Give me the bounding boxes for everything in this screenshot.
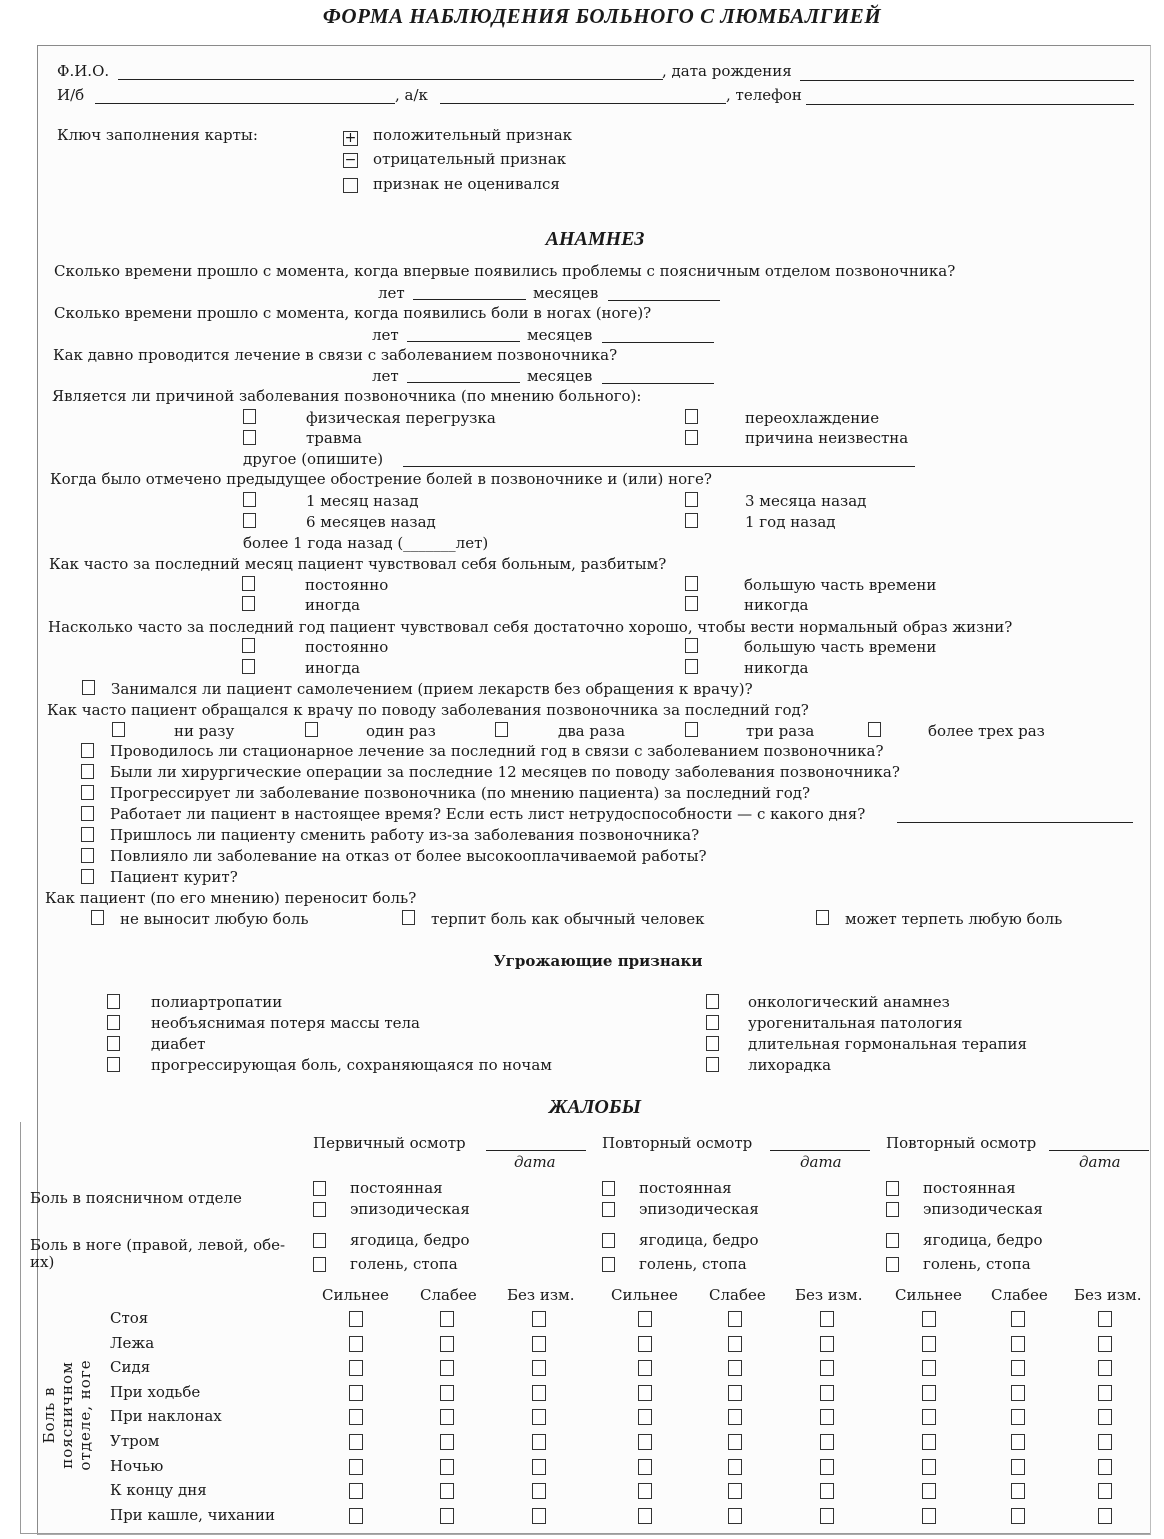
leg-hip-checkbox[interactable] [313,1233,326,1248]
condition-checkbox[interactable] [820,1409,834,1425]
q9-text: Как часто пациент обращался к врачу по п… [47,701,809,719]
q7-checkbox[interactable] [242,659,255,674]
q4-text: Является ли причиной заболевания позвоно… [52,387,641,405]
condition-checkbox[interactable] [349,1508,363,1524]
condition-checkbox[interactable] [440,1336,454,1352]
condition-checkbox[interactable] [638,1360,652,1376]
leg-shin-checkbox[interactable] [313,1257,326,1272]
condition-checkbox[interactable] [728,1459,742,1475]
condition-checkbox[interactable] [638,1336,652,1352]
form-title: ФОРМА НАБЛЮДЕНИЯ БОЛЬНОГО С ЛЮМБАЛГИЕЙ [0,4,1164,29]
condition-checkbox[interactable] [1011,1409,1025,1425]
q6-checkbox[interactable] [685,576,698,591]
condition-label: При кашле, чихании [110,1506,275,1524]
q4-option: физическая перегрузка [306,409,496,427]
q10-option: может терпеть любую боль [845,910,1062,928]
ak-field[interactable] [440,103,726,104]
months-label: месяцев [527,326,592,344]
condition-checkbox[interactable] [922,1311,936,1327]
condition-label: Стоя [110,1309,148,1327]
condition-checkbox[interactable] [532,1360,546,1376]
condition-checkbox[interactable] [532,1409,546,1425]
exam-label: Повторный осмотр [602,1134,752,1152]
condition-checkbox[interactable] [728,1360,742,1376]
yes-no-question: Работает ли пациент в настоящее время? Е… [110,805,865,823]
condition-checkbox[interactable] [728,1434,742,1450]
lumbar-episodic-checkbox[interactable] [313,1202,326,1217]
condition-label: Ночью [110,1457,163,1475]
condition-checkbox[interactable] [820,1434,834,1450]
threat-checkbox[interactable] [706,1057,719,1072]
threats-heading: Угрожающие признаки [0,952,1164,970]
date-label: дата [1079,1153,1121,1171]
condition-checkbox[interactable] [820,1483,834,1499]
leg-option: ягодица, бедро [639,1231,759,1249]
q7-option: иногда [305,659,360,677]
birth-label: , дата рождения [662,62,792,80]
condition-checkbox[interactable] [922,1360,936,1376]
q6-text: Как часто за последний месяц пациент чув… [49,555,666,573]
condition-checkbox[interactable] [349,1360,363,1376]
condition-checkbox[interactable] [440,1483,454,1499]
sick-leave-date-field[interactable] [897,822,1133,823]
q4-option: травма [306,429,362,447]
condition-checkbox[interactable] [820,1336,834,1352]
q5-checkbox[interactable] [243,513,256,528]
threat-checkbox[interactable] [706,1036,719,1051]
empty-box-icon [343,178,358,193]
condition-checkbox[interactable] [728,1385,742,1401]
q9-checkbox[interactable] [305,722,318,737]
q5-more-field[interactable]: более 1 года назад (_______лет) [243,534,488,552]
exam-label: Повторный осмотр [886,1134,1036,1152]
q10-checkbox[interactable] [402,910,415,925]
threat-item: полиартропатии [151,993,282,1011]
threat-checkbox[interactable] [107,994,120,1009]
q4-checkbox[interactable] [685,409,698,424]
q6-checkbox[interactable] [242,596,255,611]
q6-checkbox[interactable] [685,596,698,611]
q7-option: большую часть времени [744,638,936,656]
q10-text: Как пациент (по его мнению) переносит бо… [45,889,416,907]
condition-checkbox[interactable] [1098,1459,1112,1475]
q4-checkbox[interactable] [243,409,256,424]
condition-checkbox[interactable] [349,1311,363,1327]
birthdate-field[interactable] [800,80,1134,81]
q7-checkbox[interactable] [685,659,698,674]
key-label: Ключ заполнения карты: [57,126,258,144]
exam-date-field[interactable] [770,1150,870,1151]
lumbar-option: эпизодическая [350,1200,470,1218]
column-header: Сильнее [322,1286,389,1304]
threat-item: диабет [151,1035,205,1053]
leg-option: ягодица, бедро [350,1231,470,1249]
condition-checkbox[interactable] [922,1434,936,1450]
q7-checkbox[interactable] [242,638,255,653]
condition-checkbox[interactable] [349,1336,363,1352]
column-header: Сильнее [611,1286,678,1304]
q1-years-field[interactable] [413,299,526,300]
yes-no-question: Пациент курит? [110,868,238,886]
q1-months-field[interactable] [608,300,720,301]
condition-label: Сидя [110,1358,150,1376]
lumbar-pain-label: Боль в поясничном отделе [30,1189,242,1207]
yes-no-checkbox[interactable] [81,764,94,779]
q6-option: никогда [744,596,808,614]
condition-checkbox[interactable] [820,1508,834,1524]
column-header: Без изм. [507,1286,574,1304]
plus-box-icon: + [343,131,358,146]
anamnesis-heading: АНАМНЕЗ [0,228,1164,251]
q1-text: Сколько времени прошло с момента, когда … [54,262,955,280]
yes-no-checkbox[interactable] [81,806,94,821]
q4-other-field[interactable] [403,466,915,467]
condition-checkbox[interactable] [638,1385,652,1401]
leg-pain-label: Боль в ноге (правой, левой, обе- [30,1236,285,1254]
q8-text: Занимался ли пациент самолечением (прием… [111,680,753,698]
condition-checkbox[interactable] [638,1508,652,1524]
leg-pain-label-cont: их) [30,1253,54,1271]
condition-checkbox[interactable] [1011,1360,1025,1376]
q4-option: переохлаждение [745,409,879,427]
condition-checkbox[interactable] [1011,1459,1025,1475]
q2-months-field[interactable] [602,342,714,343]
exam-label: Первичный осмотр [313,1134,466,1152]
date-label: дата [514,1153,556,1171]
condition-checkbox[interactable] [728,1409,742,1425]
condition-checkbox[interactable] [1098,1409,1112,1425]
condition-checkbox[interactable] [922,1483,936,1499]
condition-checkbox[interactable] [922,1409,936,1425]
leg-option: голень, стопа [923,1255,1031,1273]
lumbar-constant-checkbox[interactable] [886,1181,899,1196]
condition-checkbox[interactable] [638,1409,652,1425]
condition-checkbox[interactable] [440,1385,454,1401]
condition-label: При ходьбе [110,1383,200,1401]
condition-checkbox[interactable] [638,1459,652,1475]
leg-shin-checkbox[interactable] [886,1257,899,1272]
condition-checkbox[interactable] [1098,1508,1112,1524]
column-header: Сильнее [895,1286,962,1304]
threat-checkbox[interactable] [706,994,719,1009]
condition-checkbox[interactable] [638,1483,652,1499]
threat-item: лихорадка [748,1056,831,1074]
threat-checkbox[interactable] [706,1015,719,1030]
threat-checkbox[interactable] [107,1015,120,1030]
threat-checkbox[interactable] [107,1057,120,1072]
condition-checkbox[interactable] [638,1311,652,1327]
lumbar-option: постоянная [350,1179,443,1197]
q5-option: 6 месяцев назад [306,513,436,531]
yes-no-question: Проводилось ли стационарное лечение за п… [110,742,884,760]
lumbar-episodic-checkbox[interactable] [602,1202,615,1217]
q9-option: более трех раз [928,722,1045,740]
lumbar-constant-checkbox[interactable] [313,1181,326,1196]
condition-label: К концу дня [110,1481,207,1499]
yes-no-checkbox[interactable] [81,827,94,842]
q7-checkbox[interactable] [685,638,698,653]
condition-checkbox[interactable] [1011,1483,1025,1499]
condition-label: Утром [110,1432,159,1450]
condition-checkbox[interactable] [1098,1483,1112,1499]
condition-checkbox[interactable] [532,1385,546,1401]
q3-text: Как давно проводится лечение в связи с з… [53,346,617,364]
phone-label: , телефон [726,86,802,104]
q10-checkbox[interactable] [816,910,829,925]
condition-checkbox[interactable] [532,1336,546,1352]
condition-checkbox[interactable] [1011,1385,1025,1401]
condition-checkbox[interactable] [349,1459,363,1475]
condition-checkbox[interactable] [638,1434,652,1450]
q5-checkbox[interactable] [243,492,256,507]
q2-text: Сколько времени прошло с момента, когда … [54,304,651,322]
q9-checkbox[interactable] [868,722,881,737]
condition-checkbox[interactable] [349,1483,363,1499]
q10-option: не выносит любую боль [120,910,309,928]
ib-field[interactable] [95,103,395,104]
ib-label: И/б [57,86,84,104]
complaints-heading: ЖАЛОБЫ [0,1096,1164,1119]
leg-hip-checkbox[interactable] [886,1233,899,1248]
condition-checkbox[interactable] [922,1385,936,1401]
q4-checkbox[interactable] [243,430,256,445]
column-header: Без изм. [795,1286,862,1304]
condition-checkbox[interactable] [532,1459,546,1475]
condition-checkbox[interactable] [1098,1385,1112,1401]
q5-option: 3 месяца назад [745,492,866,510]
condition-checkbox[interactable] [532,1508,546,1524]
date-label: дата [800,1153,842,1171]
threat-checkbox[interactable] [107,1036,120,1051]
q10-checkbox[interactable] [91,910,104,925]
threat-item: прогрессирующая боль, сохраняющаяся по н… [151,1056,552,1074]
condition-checkbox[interactable] [349,1434,363,1450]
q7-option: постоянно [305,638,388,656]
threat-item: необъяснимая потеря массы тела [151,1014,420,1032]
months-label: месяцев [527,367,592,385]
leg-hip-checkbox[interactable] [602,1233,615,1248]
condition-checkbox[interactable] [728,1508,742,1524]
column-header: Слабее [420,1286,477,1304]
q4-option: причина неизвестна [745,429,908,447]
condition-checkbox[interactable] [922,1336,936,1352]
fio-field[interactable] [118,79,663,80]
q4-checkbox[interactable] [685,430,698,445]
q3-years-field[interactable] [407,382,520,383]
condition-checkbox[interactable] [440,1409,454,1425]
condition-checkbox[interactable] [820,1459,834,1475]
condition-label: При наклонах [110,1407,222,1425]
condition-checkbox[interactable] [922,1459,936,1475]
column-header: Слабее [709,1286,766,1304]
q5-option: 1 месяц назад [306,492,418,510]
q5-option: 1 год назад [745,513,836,531]
q7-option: никогда [744,659,808,677]
yes-no-checkbox[interactable] [81,848,94,863]
lumbar-episodic-checkbox[interactable] [886,1202,899,1217]
column-header: Без изм. [1074,1286,1141,1304]
leg-option: голень, стопа [639,1255,747,1273]
key-negative: отрицательный признак [373,150,566,168]
condition-checkbox[interactable] [1098,1360,1112,1376]
q6-checkbox[interactable] [242,576,255,591]
leg-option: голень, стопа [350,1255,458,1273]
q9-option: три раза [746,722,814,740]
condition-checkbox[interactable] [440,1311,454,1327]
q8-checkbox[interactable] [82,680,95,695]
condition-checkbox[interactable] [532,1483,546,1499]
lumbar-option: эпизодическая [923,1200,1043,1218]
yes-no-checkbox[interactable] [81,743,94,758]
leg-option: ягодица, бедро [923,1231,1043,1249]
q4-other-label: другое (опишите) [243,450,383,468]
q5-checkbox[interactable] [685,492,698,507]
condition-checkbox[interactable] [728,1336,742,1352]
yes-no-question: Пришлось ли пациенту сменить работу из-з… [110,826,699,844]
q6-option: большую часть времени [744,576,936,594]
q9-checkbox[interactable] [112,722,125,737]
condition-label: Лежа [110,1334,154,1352]
q2-years-field[interactable] [407,341,520,342]
q9-option: ни разу [174,722,234,740]
threat-item: длительная гормональная терапия [748,1035,1027,1053]
lumbar-constant-checkbox[interactable] [602,1181,615,1196]
q6-option: иногда [305,596,360,614]
q3-months-field[interactable] [602,383,714,384]
condition-checkbox[interactable] [1011,1336,1025,1352]
years-label: лет [372,326,399,344]
condition-checkbox[interactable] [820,1360,834,1376]
q5-checkbox[interactable] [685,513,698,528]
condition-checkbox[interactable] [440,1508,454,1524]
q6-option: постоянно [305,576,388,594]
years-label: лет [378,284,405,302]
q9-option: два раза [558,722,625,740]
side-label: Боль в поясничном отделе, ноге [40,1330,94,1500]
q9-option: один раз [366,722,436,740]
key-not-rated: признак не оценивался [373,175,560,193]
condition-checkbox[interactable] [922,1508,936,1524]
minus-box-icon: − [343,153,358,168]
condition-checkbox[interactable] [440,1459,454,1475]
yes-no-checkbox[interactable] [81,785,94,800]
q5-text: Когда было отмечено предыдущее обострени… [50,470,712,488]
lumbar-option: постоянная [923,1179,1016,1197]
q9-checkbox[interactable] [685,722,698,737]
yes-no-checkbox[interactable] [81,869,94,884]
threat-item: онкологический анамнез [748,993,950,1011]
condition-checkbox[interactable] [1098,1336,1112,1352]
lumbar-option: эпизодическая [639,1200,759,1218]
phone-field[interactable] [806,104,1134,105]
yes-no-question: Были ли хирургические операции за послед… [110,763,900,781]
column-header: Слабее [991,1286,1048,1304]
condition-checkbox[interactable] [1011,1311,1025,1327]
leg-shin-checkbox[interactable] [602,1257,615,1272]
q10-option: терпит боль как обычный человек [431,910,705,928]
q9-checkbox[interactable] [495,722,508,737]
condition-checkbox[interactable] [440,1360,454,1376]
yes-no-question: Прогрессирует ли заболевание позвоночник… [110,784,810,802]
exam-date-field[interactable] [1049,1150,1149,1151]
years-label: лет [372,367,399,385]
key-positive: положительный признак [373,126,572,144]
condition-checkbox[interactable] [1098,1311,1112,1327]
condition-checkbox[interactable] [349,1385,363,1401]
condition-checkbox[interactable] [820,1311,834,1327]
ak-label: , а/к [395,86,428,104]
condition-checkbox[interactable] [728,1483,742,1499]
q7-text: Насколько часто за последний год пациент… [48,618,1012,636]
condition-checkbox[interactable] [440,1434,454,1450]
lumbar-option: постоянная [639,1179,732,1197]
condition-checkbox[interactable] [349,1409,363,1425]
condition-checkbox[interactable] [1011,1508,1025,1524]
condition-checkbox[interactable] [728,1311,742,1327]
condition-checkbox[interactable] [532,1434,546,1450]
condition-checkbox[interactable] [1011,1434,1025,1450]
yes-no-question: Повлияло ли заболевание на отказ от боле… [110,847,707,865]
months-label: месяцев [533,284,598,302]
condition-checkbox[interactable] [1098,1434,1112,1450]
condition-checkbox[interactable] [532,1311,546,1327]
condition-checkbox[interactable] [820,1385,834,1401]
fio-label: Ф.И.О. [57,62,109,80]
exam-date-field[interactable] [486,1150,586,1151]
threat-item: урогенитальная патология [748,1014,962,1032]
